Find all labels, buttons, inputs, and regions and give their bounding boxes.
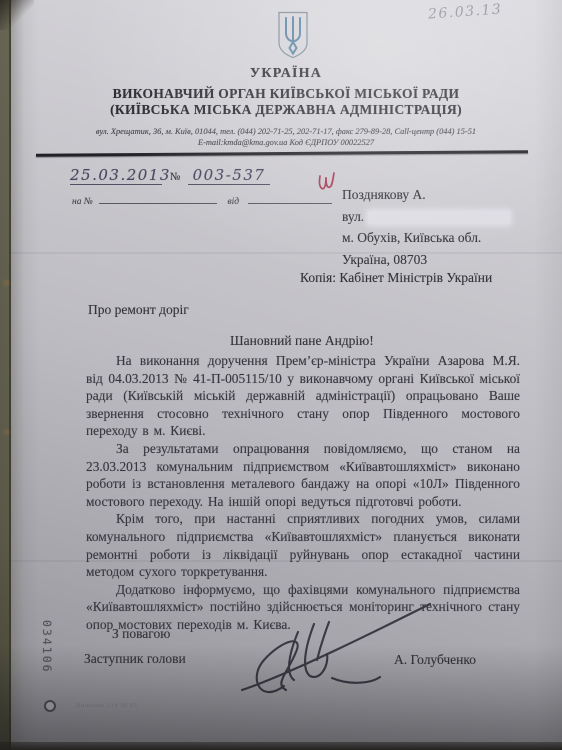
contact-line1: вул. Хрещатик, 36, м. Київ, 01044, тел. …	[20, 127, 552, 136]
recipient-block: Позднякову А. вул. м. Обухів, Київська о…	[342, 184, 510, 270]
salutation: Шановний пане Андрію!	[230, 333, 374, 349]
recipient-country-line: Україна, 08703	[342, 249, 510, 271]
reply-reference-line: на № від	[72, 193, 332, 207]
signer-name: А. Голубченко	[394, 652, 476, 668]
outgoing-reference-line: 25.03.2013 № 003-537	[70, 166, 270, 185]
body-paragraph: За результатами опрацювання повідомляємо…	[86, 440, 520, 510]
recipient-name: Позднякову А.	[342, 184, 510, 206]
outgoing-date: 25.03.2013	[70, 166, 162, 185]
org-name-line2: (КИЇВСЬКА МІСЬКА ДЕРЖАВНА АДМІНІСТРАЦІЯ)	[20, 102, 552, 118]
letter-body: На виконання доручення Прем’єр-міністра …	[86, 352, 520, 634]
recipient-city-line: м. Обухів, Київська обл.	[342, 227, 510, 249]
body-paragraph: На виконання доручення Прем’єр-міністра …	[86, 352, 520, 440]
org-name-line1: ВИКОНАВЧИЙ ОРГАН КИЇВСЬКОЇ МІСЬКОЇ РАДИ	[20, 86, 552, 102]
bottom-edge-shadow	[0, 742, 562, 750]
country-title: УКРАЇНА	[20, 66, 552, 82]
reply-date-label: на №	[72, 197, 93, 207]
signer-position: Заступник голови	[84, 651, 186, 667]
subject-line: Про ремонт доріг	[88, 302, 189, 318]
red-check-icon	[316, 170, 336, 199]
reply-from-label: від	[228, 197, 240, 207]
number-sign: №	[170, 171, 181, 183]
recipient-street-label: вул.	[342, 209, 364, 224]
outgoing-number: 003-537	[188, 166, 270, 185]
copy-line: Копія: Кабінет Міністрів України	[300, 270, 492, 286]
executor-line: Вишневе 234 58 03	[76, 702, 137, 709]
stain-spot	[3, 428, 10, 436]
stamp-number-vertical: 034106	[40, 620, 54, 690]
reply-number-blank	[99, 193, 217, 204]
contact-line2: E-mail:kmda@kma.gov.ua Код ЄДРПОУ 000225…	[20, 138, 552, 147]
photographed-letter: 26.03.13 УКРАЇНА ВИКОНАВЧИЙ ОРГАН КИЇВСЬ…	[0, 0, 562, 750]
stain-spot	[2, 278, 10, 288]
regards-line: З повагою	[112, 626, 170, 642]
body-paragraph: Крім того, при настанні сприятливих пого…	[86, 510, 520, 580]
recipient-street-line: вул.	[342, 206, 510, 228]
top-left-shadow	[0, 0, 34, 30]
ukraine-tryzub-emblem-icon	[276, 11, 310, 64]
address-redaction-blur	[368, 211, 510, 224]
hole-punch	[44, 700, 56, 712]
